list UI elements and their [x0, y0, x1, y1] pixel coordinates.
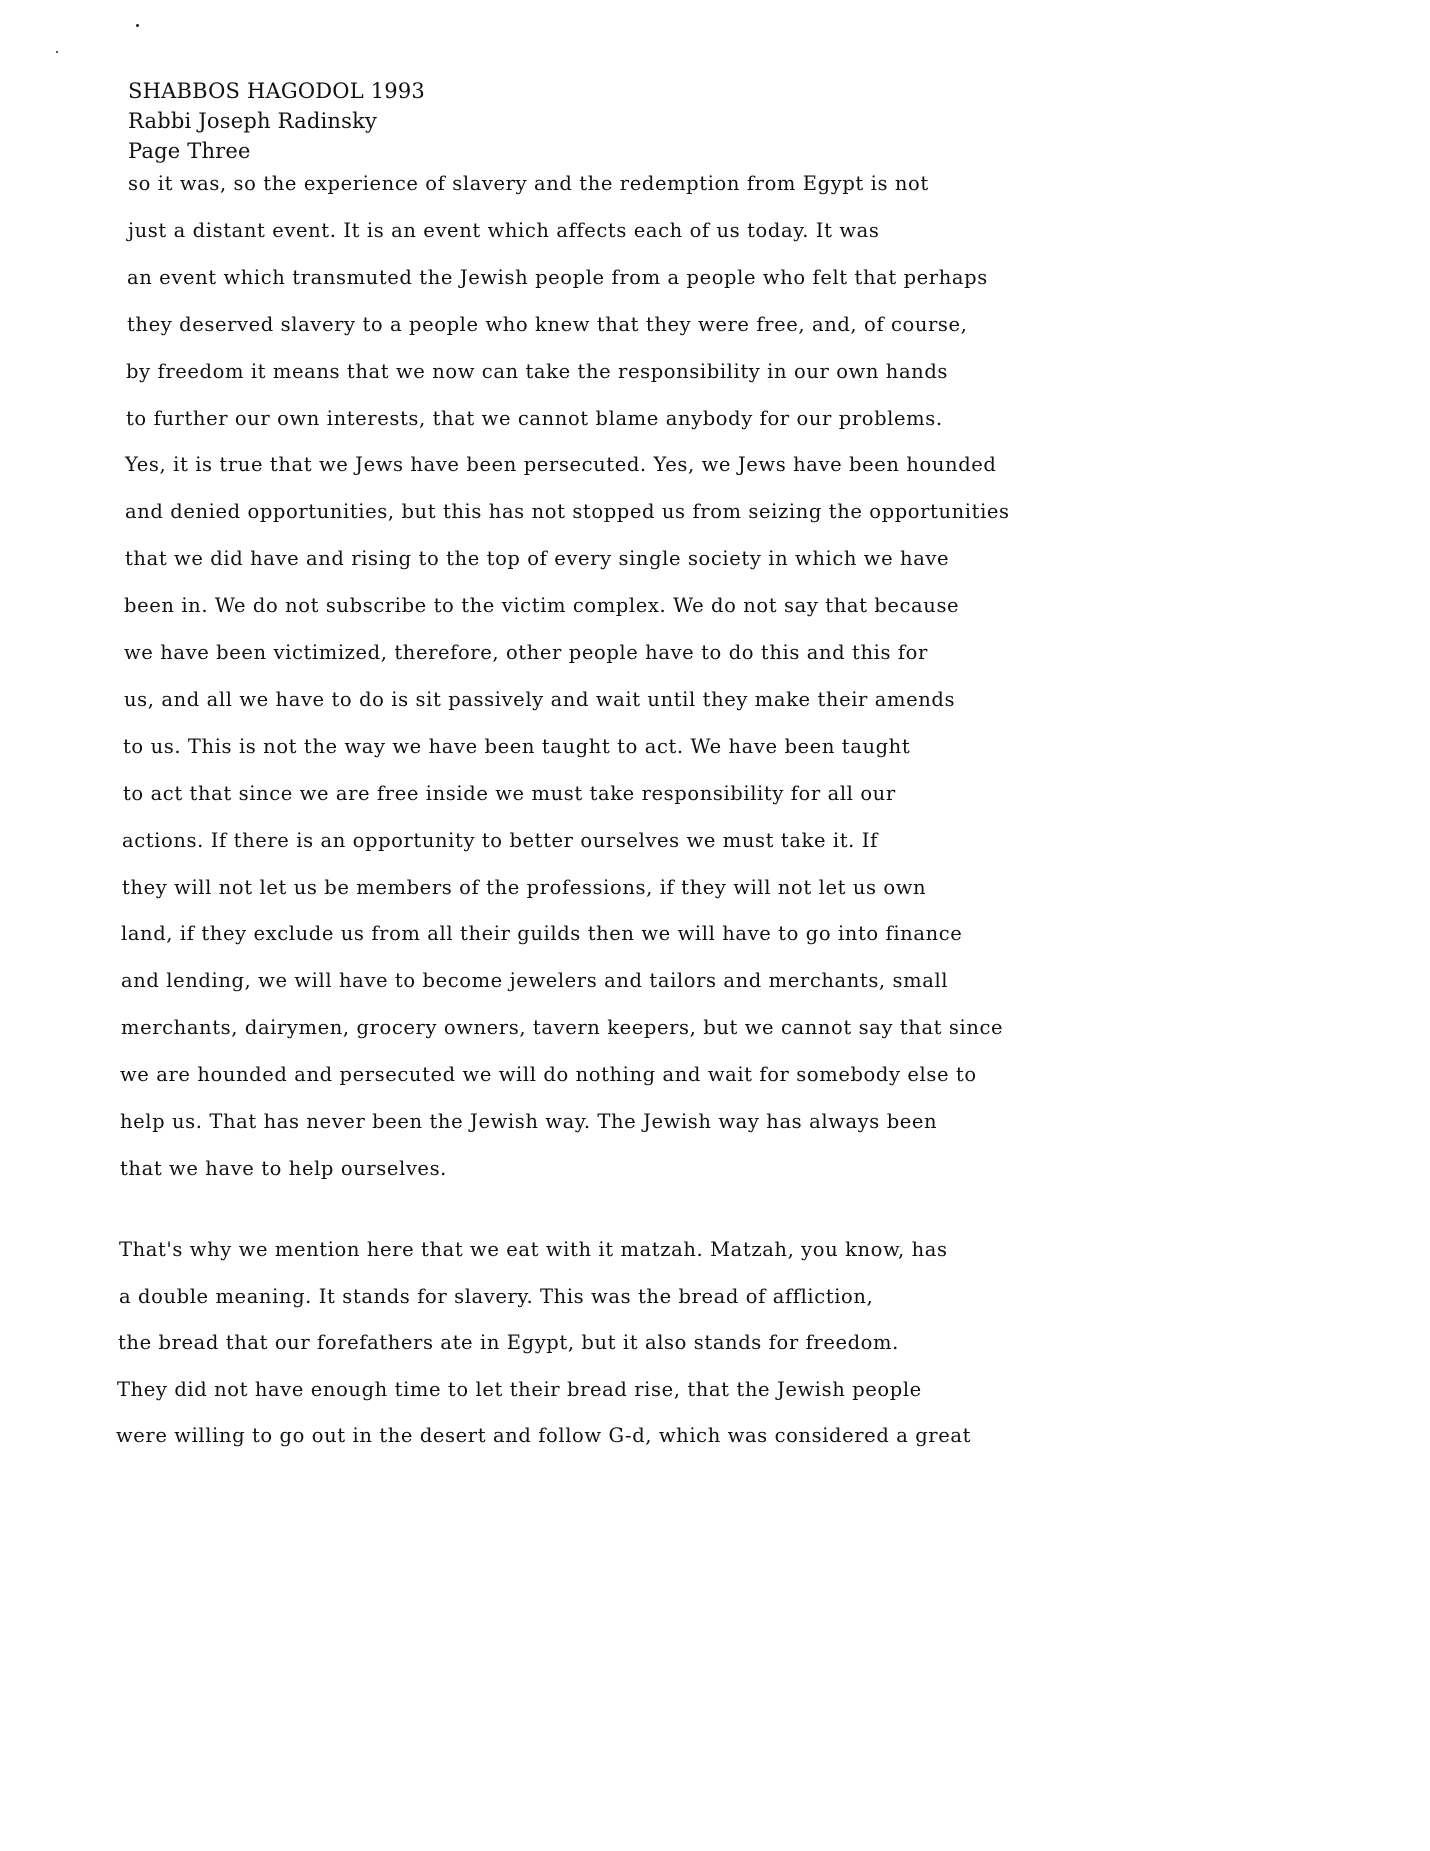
page-label: Page Three [128, 136, 425, 166]
text-line: help us. That has never been the Jewish … [120, 1110, 937, 1133]
text-line: That's why we mention here that we eat w… [119, 1238, 948, 1261]
text-line: we have been victimized, therefore, othe… [124, 641, 928, 664]
text-line: us, and all we have to do is sit passive… [124, 688, 955, 711]
text-line: land, if they exclude us from all their … [121, 922, 962, 945]
text-line: and denied opportunities, but this has n… [125, 500, 1010, 523]
document-author: Rabbi Joseph Radinsky [128, 106, 425, 136]
scan-speck [56, 51, 58, 53]
text-line: by freedom it means that we now can take… [126, 360, 948, 383]
document-page: SHABBOS HAGODOL 1993 Rabbi Joseph Radins… [0, 0, 1430, 1851]
text-line: that we did have and rising to the top o… [125, 547, 949, 570]
text-line: to act that since we are free inside we … [123, 782, 896, 805]
text-line: we are hounded and persecuted we will do… [120, 1063, 977, 1086]
text-line: were willing to go out in the desert and… [116, 1424, 971, 1447]
text-line: Yes, it is true that we Jews have been p… [125, 453, 997, 476]
text-line: an event which transmuted the Jewish peo… [127, 266, 988, 289]
text-line: actions. If there is an opportunity to b… [122, 829, 878, 852]
scan-speck [136, 24, 139, 27]
text-line: so it was, so the experience of slavery … [128, 172, 929, 195]
text-line: been in. We do not subscribe to the vict… [124, 594, 959, 617]
text-line: a double meaning. It stands for slavery.… [119, 1285, 873, 1308]
text-line: to us. This is not the way we have been … [123, 735, 910, 758]
text-line: they deserved slavery to a people who kn… [127, 313, 967, 336]
document-header: SHABBOS HAGODOL 1993 Rabbi Joseph Radins… [128, 76, 425, 166]
text-line: to further our own interests, that we ca… [126, 407, 943, 430]
text-line: the bread that our forefathers ate in Eg… [118, 1331, 899, 1354]
text-line: that we have to help ourselves. [120, 1157, 447, 1180]
document-title: SHABBOS HAGODOL 1993 [128, 76, 425, 106]
text-line: merchants, dairymen, grocery owners, tav… [121, 1016, 1003, 1039]
text-line: and lending, we will have to become jewe… [121, 969, 948, 992]
text-line: just a distant event. It is an event whi… [128, 219, 879, 242]
text-line: they will not let us be members of the p… [122, 876, 926, 899]
text-line: They did not have enough time to let the… [117, 1378, 922, 1401]
